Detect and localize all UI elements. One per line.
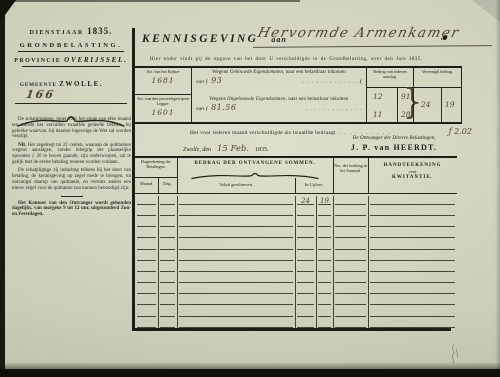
subheader-rule xyxy=(135,177,177,178)
signature-cell xyxy=(368,240,457,251)
payment-row xyxy=(135,285,457,296)
figures-guilders-cell xyxy=(295,218,316,229)
signature-cell xyxy=(368,263,457,274)
payment-row xyxy=(135,307,457,318)
signature-header-line2: voor xyxy=(368,169,457,174)
legal-paragraph-2-text: Het zegelregt tot 21 centen, waaraan de … xyxy=(12,143,131,165)
figures-cents-cell xyxy=(316,207,333,218)
month-cell xyxy=(135,229,158,240)
payment-row xyxy=(135,296,457,307)
dot-leader: . . . . . . . . . . . . . xyxy=(236,107,362,112)
day-cell xyxy=(158,196,177,207)
signature-cell xyxy=(368,196,457,207)
built-property-rest: naar een belastbaar inkomen xyxy=(286,70,346,75)
figures-cents-cell xyxy=(316,263,333,274)
service-year-label: DIENSTJAAR xyxy=(30,30,84,36)
combined-column: Vereenigd bedrag. xyxy=(413,68,462,122)
payment-row xyxy=(135,218,457,229)
collector-block: De Ontvanger der Directe Belastingen, J.… xyxy=(318,135,470,152)
month-cell xyxy=(135,240,158,251)
month-cell xyxy=(135,285,158,296)
amount-received-header-cell: BEDRAG DER ONTVANGENE SOMMEN. Voluit ges… xyxy=(177,158,333,193)
figures-guilders-cell xyxy=(295,207,316,218)
signature-cell xyxy=(368,307,457,318)
guilder-cent-divider xyxy=(441,88,442,122)
van-label: van ƒ xyxy=(196,106,208,112)
day-cell xyxy=(158,207,177,218)
figures-guilders-cell: 24 xyxy=(295,196,316,207)
signature-cell xyxy=(368,252,457,263)
payment-row: 24 19 xyxy=(135,196,457,207)
journal-number-cell xyxy=(333,240,368,251)
van-label: van ƒ xyxy=(196,79,208,85)
built-income-line: van ƒ 93 . . . . . . . . . . . . . ƒ xyxy=(192,75,366,85)
payments-table-header: Dagteekening der Betalingen. Maand. Dag.… xyxy=(135,158,457,194)
month-cell xyxy=(135,196,158,207)
payment-row xyxy=(135,240,457,251)
dot-leader: . . . . . . . . . . . . . xyxy=(222,80,359,85)
month-subheader: Maand. xyxy=(135,181,158,186)
payments-rows: 24 19 xyxy=(135,196,457,330)
journal-number-cell xyxy=(333,207,368,218)
signature-cell xyxy=(368,274,457,285)
notice-subline: Hier onder vindt gij de opgave van het d… xyxy=(150,57,460,62)
journal-header-cell: Nos. der boeking in het Journaal. xyxy=(333,158,368,193)
combined-column-header: Vereenigd bedrag. xyxy=(414,68,461,88)
written-amount-cell xyxy=(177,274,295,285)
figures-guilders-cell xyxy=(295,263,316,274)
unbuilt-property-rest: naar een belastbaar inkomen xyxy=(288,97,348,102)
journal-number-cell xyxy=(333,296,368,307)
written-amount-cell xyxy=(177,207,295,218)
figures-guilders-cell xyxy=(295,285,316,296)
scan-edge-left xyxy=(0,0,5,377)
month-cell xyxy=(135,296,158,307)
amount-received-header: BEDRAG DER ONTVANGENE SOMMEN. xyxy=(177,158,333,166)
payment-date-header: Dagteekening der Betalingen. xyxy=(135,158,177,169)
year-label: 1835. xyxy=(255,147,269,153)
collector-signature: J. P. van HEERDT. xyxy=(318,143,470,152)
day-cell xyxy=(158,252,177,263)
province-value: OVERIJSSEL. xyxy=(64,56,128,64)
column-line xyxy=(295,178,296,194)
nb-label: NB. xyxy=(18,143,26,148)
total-cents: 19 xyxy=(445,100,455,109)
unbuilt-amount-guilders: 11 xyxy=(373,110,383,119)
written-amount-cell xyxy=(177,285,295,296)
payment-row xyxy=(135,207,457,218)
day-cell xyxy=(158,307,177,318)
column-line xyxy=(177,158,178,194)
written-amount-cell xyxy=(177,218,295,229)
legal-notes: De schatpligtigen, moet voor het einde v… xyxy=(12,117,131,220)
figures-guilders-cell xyxy=(295,252,316,263)
journal-number-cell xyxy=(333,218,368,229)
figures-cents-cell xyxy=(316,285,333,296)
day-cell xyxy=(158,263,177,274)
written-amount-cell xyxy=(177,240,295,251)
legal-paragraph-1: De schatpligtigen, moet voor het einde v… xyxy=(12,117,131,140)
scan-edge-top xyxy=(0,0,300,2)
kohier-number-handwritten: 1681 xyxy=(135,76,191,85)
signature-cell xyxy=(368,285,457,296)
day-cell xyxy=(158,229,177,240)
built-income-handwritten: 93 xyxy=(211,76,222,85)
scanned-document-page: DIENSTJAAR 1835. GRONDBELASTING. PROVINC… xyxy=(0,0,500,377)
day-cell xyxy=(158,285,177,296)
figures-cents-cell xyxy=(316,296,333,307)
day-cell xyxy=(158,296,177,307)
kohier-label: Art. van het Kohier xyxy=(135,68,191,75)
article-column: Art. van het Kohier 1681 Art. van den pe… xyxy=(135,68,192,122)
written-amount-cell xyxy=(177,229,295,240)
province-label: PROVINCIE xyxy=(14,58,61,64)
figures-cents-cell xyxy=(316,229,333,240)
payment-row xyxy=(135,252,457,263)
figures-guilders-cell xyxy=(295,274,316,285)
assessment-table: Art. van het Kohier 1681 Art. van den pe… xyxy=(135,66,462,124)
figures-guilders-cell xyxy=(295,229,316,240)
figures-cents-cell: 19 xyxy=(316,196,333,207)
written-subheader: Voluit geschreven. xyxy=(177,182,295,187)
signature-cell xyxy=(368,207,457,218)
service-year-line: DIENSTJAAR 1835. xyxy=(12,26,130,36)
figures-cents-cell xyxy=(316,218,333,229)
payment-row xyxy=(135,263,457,274)
unbuilt-income-line: van ƒ 81.56 . . . . . . . . . . . . . xyxy=(192,102,366,112)
written-amount-cell xyxy=(177,296,295,307)
journal-header: Nos. der boeking in het Journaal. xyxy=(333,158,368,174)
figures-guilders-cell xyxy=(295,240,316,251)
payment-row xyxy=(135,229,457,240)
total-guilders: 24 xyxy=(421,100,431,109)
unbuilt-property-text: Wegens Ongebouwde Eigendommen, naar een … xyxy=(192,97,366,102)
place-label: Zwolle, den xyxy=(183,147,211,153)
place-date-line: Zwolle, den 15 Feb. 1835. xyxy=(183,138,269,156)
built-property-text: Wegens Gebouwde Eigendommen, naar een be… xyxy=(192,70,366,75)
masthead-rule xyxy=(15,103,127,104)
journal-number-cell xyxy=(333,252,368,263)
date-handwritten: 15 Feb. xyxy=(217,144,249,154)
legger-cell: Art. van den perceelsgewijzen Legger. 16… xyxy=(135,95,191,122)
municipality-line: GEMEENTE ZWOLLE. 166 xyxy=(12,80,130,101)
day-cell xyxy=(158,274,177,285)
figures-guilders-cell xyxy=(295,307,316,318)
journal-number-cell xyxy=(333,307,368,318)
payment-date-header-cell: Dagteekening der Betalingen. Maand. Dag. xyxy=(135,158,177,193)
wegens-label: Wegens xyxy=(212,70,228,75)
written-amount-cell xyxy=(177,252,295,263)
figures-subheader: In Cijfers. xyxy=(295,182,333,187)
legger-label: Art. van den perceelsgewijzen Legger. xyxy=(135,95,191,107)
scan-edge-bottom xyxy=(0,369,500,377)
month-cell xyxy=(135,218,158,229)
legger-number-handwritten: 1601 xyxy=(135,108,191,117)
signature-header-line1: HANDTEEKENING xyxy=(368,158,457,168)
addressee-handwritten: Hervormde Armenkamer xyxy=(256,25,495,41)
notice-title: KENNISGEVING xyxy=(142,33,258,45)
table-bottom-rule xyxy=(135,328,451,331)
legal-paragraph-2: NB. Het zegelregt tot 21 centen, waaraan… xyxy=(12,143,131,166)
day-cell xyxy=(158,240,177,251)
scan-edge-shadow xyxy=(0,362,500,369)
column-line xyxy=(333,158,334,194)
column-line xyxy=(368,158,369,194)
unbuilt-property-type: Ongebouwde Eigendommen, xyxy=(227,97,287,102)
scan-edge-right xyxy=(495,0,500,369)
month-cell xyxy=(135,207,158,218)
month-cell xyxy=(135,274,158,285)
figures-cents-cell xyxy=(316,307,333,318)
province-line: PROVINCIE OVERIJSSEL. xyxy=(12,56,130,64)
scan-corner-notch xyxy=(0,0,16,22)
unbuilt-property-row: Wegens Ongebouwde Eigendommen, naar een … xyxy=(192,97,366,112)
service-year-value: 1835. xyxy=(87,26,112,36)
journal-number-cell xyxy=(333,229,368,240)
tax-title: GRONDBELASTING. xyxy=(12,42,130,49)
day-subheader: Dag. xyxy=(158,181,177,186)
built-property-type: Gebouwde Eigendommen, xyxy=(230,70,285,75)
signature-cell xyxy=(368,229,457,240)
figures-cents-cell xyxy=(316,252,333,263)
written-amount-cell xyxy=(177,307,295,318)
built-amount-guilders: 12 xyxy=(373,92,383,101)
unbuilt-income-handwritten: 81.56 xyxy=(211,103,236,112)
legal-paragraph-3: De schatpligtige zij indachtig telkens b… xyxy=(12,168,131,191)
municipality-value: ZWOLLE. xyxy=(59,80,103,88)
written-amount-cell xyxy=(177,196,295,207)
masthead-rule xyxy=(18,51,124,52)
journal-number-cell xyxy=(333,196,368,207)
masthead-rule xyxy=(22,66,120,67)
month-cell xyxy=(135,263,158,274)
office-hours-note: Het Kantoor van den Ontvanger wordt geho… xyxy=(12,201,131,218)
wegens-label: Wegens xyxy=(210,97,226,102)
written-amount-cell xyxy=(177,263,295,274)
month-cell xyxy=(135,307,158,318)
journal-number-cell xyxy=(333,285,368,296)
kohier-cell: Art. van het Kohier 1681 xyxy=(135,68,191,95)
municipality-number-handwritten: 166 xyxy=(25,88,56,101)
month-cell xyxy=(135,252,158,263)
signature-header-line3: KWITANTIE. xyxy=(368,175,457,180)
paragraph-divider xyxy=(61,196,83,197)
guilder-cent-divider xyxy=(397,88,398,122)
signature-header-cell: HANDTEEKENING voor KWITANTIE. xyxy=(368,158,457,193)
column-line xyxy=(158,177,159,194)
figures-cents-cell xyxy=(316,240,333,251)
journal-number-cell xyxy=(333,263,368,274)
signature-cell xyxy=(368,296,457,307)
signature-cell xyxy=(368,218,457,229)
description-column: Wegens Gebouwde Eigendommen, naar een be… xyxy=(192,68,366,122)
day-cell xyxy=(158,218,177,229)
monthly-text: Het voor iederen maand verschuldigde als… xyxy=(190,130,336,136)
figures-guilders-cell xyxy=(295,296,316,307)
payments-table: Dagteekening der Betalingen. Maand. Dag.… xyxy=(135,156,457,331)
built-property-row: Wegens Gebouwde Eigendommen, naar een be… xyxy=(192,70,366,85)
figures-cents-cell xyxy=(316,274,333,285)
journal-number-cell xyxy=(333,274,368,285)
collector-title: De Ontvanger der Directe Belastingen, xyxy=(318,135,470,141)
payment-row xyxy=(135,274,457,285)
addressee-underline xyxy=(253,45,492,48)
florin-suffix: ƒ xyxy=(359,79,362,85)
